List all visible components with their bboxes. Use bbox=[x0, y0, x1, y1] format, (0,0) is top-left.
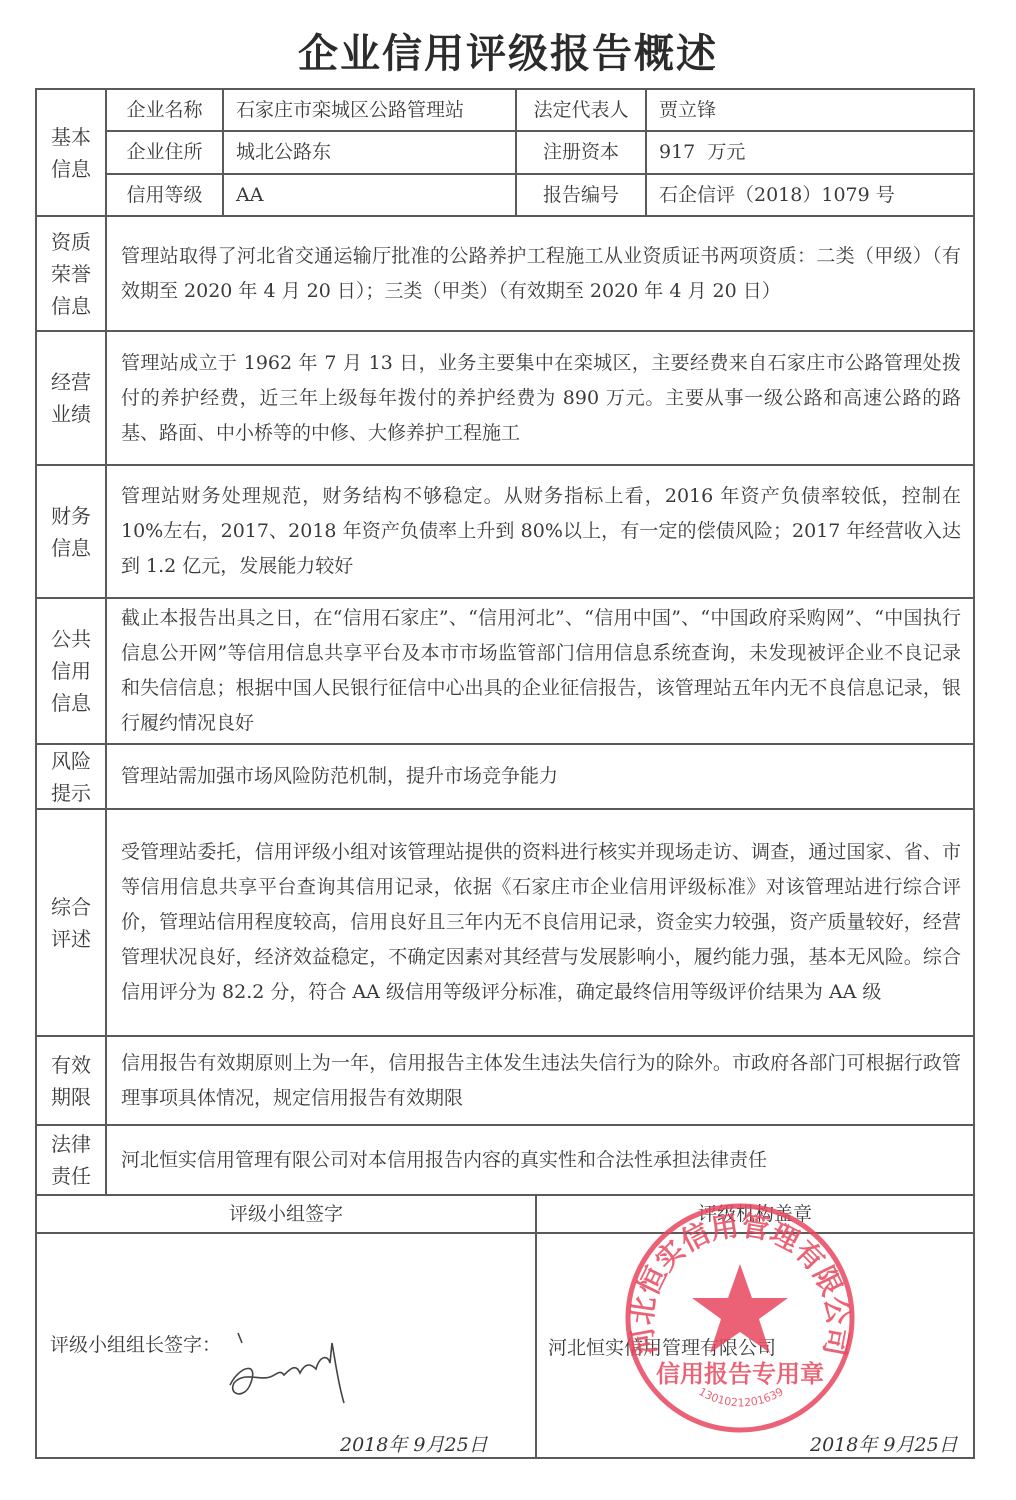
value-registered-capital: 917 万元 bbox=[647, 132, 973, 173]
section-label-financial-info: 财务 信息 bbox=[37, 466, 105, 597]
label-report-number: 报告编号 bbox=[517, 175, 645, 215]
handwritten-signature bbox=[220, 1325, 380, 1415]
section-text-qualifications: 管理站取得了河北省交通运输厅批准的公路养护工程施工从业资质证书两项资质：二类（甲… bbox=[107, 217, 973, 330]
divider bbox=[535, 1194, 537, 1459]
section-label-validity: 有效 期限 bbox=[37, 1037, 105, 1124]
value-address: 城北公路东 bbox=[224, 132, 515, 173]
value-report-number: 石企信评（2018）1079 号 bbox=[647, 175, 973, 215]
label-address: 企业住所 bbox=[107, 132, 222, 173]
label-credit-grade: 信用等级 bbox=[107, 175, 222, 215]
value-company-name: 石家庄市栾城区公路管理站 bbox=[224, 90, 515, 130]
team-signature-date: 2018年 9月25日 bbox=[340, 1430, 488, 1457]
label-registered-capital: 注册资本 bbox=[517, 132, 645, 173]
header-team-signature: 评级小组签字 bbox=[37, 1196, 535, 1232]
team-leader-signature-label: 评级小组组长签字： bbox=[50, 1330, 221, 1360]
value-credit-grade: AA bbox=[224, 175, 515, 215]
label-company-name: 企业名称 bbox=[107, 90, 222, 130]
section-text-risk-notice: 管理站需加强市场风险防范机制，提升市场竞争能力 bbox=[107, 745, 973, 808]
section-label-legal-liability: 法律 责任 bbox=[37, 1126, 105, 1194]
divider bbox=[973, 88, 975, 1459]
divider bbox=[35, 1232, 975, 1234]
section-label-qualifications: 资质 荣誉 信息 bbox=[37, 217, 105, 330]
divider bbox=[35, 1457, 975, 1459]
section-text-business-performance: 管理站成立于 1962 年 7 月 13 日，业务主要集中在栾城区，主要经费来自… bbox=[107, 332, 973, 464]
section-label-public-credit: 公共 信用 信息 bbox=[37, 599, 105, 743]
section-label-risk-notice: 风险 提示 bbox=[37, 745, 105, 808]
header-agency-seal: 评级机构盖章 bbox=[537, 1196, 973, 1232]
section-label-overall-review: 综合 评述 bbox=[37, 810, 105, 1035]
section-label-business-performance: 经营 业绩 bbox=[37, 332, 105, 464]
section-text-overall-review: 受管理站委托，信用评级小组对该管理站提供的资料进行核实并现场走访、调查，通过国家… bbox=[107, 810, 973, 1035]
section-text-legal-liability: 河北恒实信用管理有限公司对本信用报告内容的真实性和合法性承担法律责任 bbox=[107, 1126, 973, 1194]
section-text-public-credit: 截止本报告出具之日，在“信用石家庄”、“信用河北”、“信用中国”、“中国政府采购… bbox=[107, 599, 973, 743]
value-legal-rep: 贾立锋 bbox=[647, 90, 973, 130]
section-text-financial-info: 管理站财务处理规范，财务结构不够稳定。从财务指标上看，2016 年资产负债率较低… bbox=[107, 466, 973, 597]
agency-company-name: 河北恒实信用管理有限公司 bbox=[548, 1333, 776, 1363]
section-label-basic-info: 基本 信息 bbox=[37, 90, 105, 215]
section-text-validity: 信用报告有效期原则上为一年，信用报告主体发生违法失信行为的除外。市政府各部门可根… bbox=[107, 1037, 973, 1124]
agency-seal-date: 2018年 9月25日 bbox=[810, 1430, 958, 1457]
label-legal-rep: 法定代表人 bbox=[517, 90, 645, 130]
